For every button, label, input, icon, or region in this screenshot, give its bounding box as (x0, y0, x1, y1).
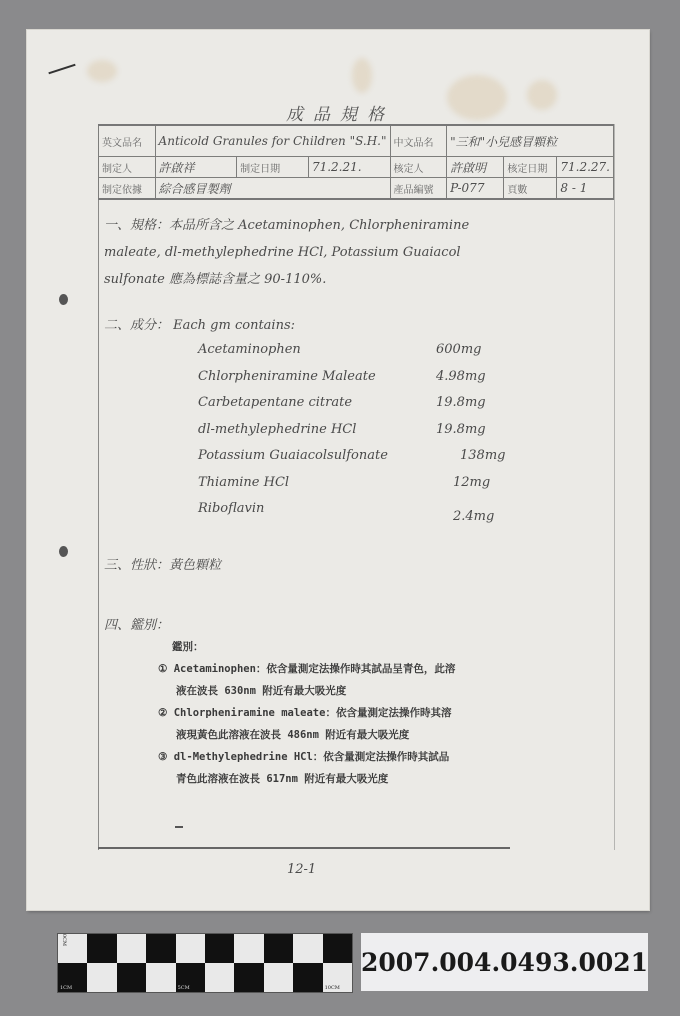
list-item: Chlorpheniramine Maleate4.98mg (198, 369, 518, 396)
scale-cell (146, 963, 175, 992)
table-row: 制定人 許啟祥 制定日期 71.2.21. 核定人 許啟明 核定日期 71.2.… (99, 157, 614, 178)
scale-cell (117, 963, 146, 992)
frame-bottom-line (98, 847, 510, 849)
scale-cell: 0CM (58, 934, 87, 963)
list-item: Potassium Guaiacolsulfonate138mg (198, 448, 518, 475)
label-chinese-name: 中文品名 (390, 125, 447, 157)
table-row: 英文品名 Anticold Granules for Children "S.H… (99, 125, 614, 157)
ingredient-amount: 19.8mg (436, 422, 486, 437)
stain (87, 60, 117, 82)
identification-item-line: 青色此溶液在波長 617nm 附近有最大吸光度 (158, 768, 598, 790)
list-item: Thiamine HCl12mg (198, 475, 518, 502)
ingredient-name: Carbetapentane citrate (198, 395, 352, 410)
scale-label-mid: 5CM (178, 985, 190, 991)
ingredient-amount: 138mg (460, 448, 505, 463)
scale-cell (205, 963, 234, 992)
accession-number: 2007.004.0493.0021 (361, 933, 648, 991)
ingredient-name: Riboflavin (198, 501, 264, 516)
scale-cell: 5CM (176, 963, 205, 992)
ingredient-name: Chlorpheniramine Maleate (198, 369, 376, 384)
label-drafter: 制定人 (99, 157, 156, 178)
draft-date: 71.2.21. (308, 157, 390, 178)
label-english-name: 英文品名 (99, 125, 156, 157)
approver: 許啟明 (447, 157, 504, 178)
label-page-count: 頁數 (504, 178, 557, 200)
identification-typed-text: 鑑別： ① Acetaminophen：依含量測定法操作時其試品呈青色，此溶 液… (158, 636, 598, 790)
scale-cell (146, 934, 175, 963)
scale-cell (264, 934, 293, 963)
spec-line: sulfonate 應為標誌含量之 90-110%. (104, 266, 614, 293)
section-composition: 二、成分： Each gm contains: (104, 312, 295, 339)
identification-item-line: ① Acetaminophen：依含量測定法操作時其試品呈青色，此溶 (158, 658, 598, 680)
section-heading: 一、規格： (104, 218, 169, 233)
scale-label-left: 1CM (60, 985, 72, 991)
scale-cell (87, 934, 116, 963)
approve-date: 71.2.27. (557, 157, 614, 178)
english-name: Anticold Granules for Children "S.H." (155, 125, 390, 157)
scale-cell (87, 963, 116, 992)
scale-cell (293, 934, 322, 963)
scale-cell (117, 934, 146, 963)
scale-cell (264, 963, 293, 992)
spec-line: maleate, dl-methylephedrine HCl, Potassi… (104, 239, 614, 266)
punch-hole (59, 294, 68, 305)
header-table: 英文品名 Anticold Granules for Children "S.H… (98, 124, 614, 200)
scale-cell (176, 934, 205, 963)
label-product-code: 產品編號 (390, 178, 447, 200)
page-count: 8 - 1 (557, 178, 614, 200)
ingredient-name: dl-methylephedrine HCl (198, 422, 356, 437)
page-number: 12-1 (287, 862, 316, 877)
scale-label-right: 10CM (325, 985, 340, 991)
scale-cell (323, 934, 352, 963)
drafter: 許啟祥 (155, 157, 237, 178)
page-title: 成品規格 (0, 100, 680, 125)
stain (352, 58, 372, 93)
scale-label-top: 0CM (61, 934, 67, 946)
section-identification-heading: 四、鑑別： (104, 612, 169, 639)
ingredient-amount: 12mg (453, 475, 490, 490)
section-specification: 一、規格：本品所含之 Acetaminophen, Chlorphenirami… (104, 212, 614, 293)
ingredient-name: Thiamine HCl (198, 475, 289, 490)
ingredient-amount: 2.4mg (453, 509, 494, 524)
section-heading: 二、成分： (104, 318, 169, 333)
ingredient-amount: 4.98mg (436, 369, 486, 384)
ingredient-amount: 19.8mg (436, 395, 486, 410)
identification-item-line: 液現黃色此溶液在波長 486nm 附近有最大吸光度 (158, 724, 598, 746)
color-scale-bar: 0CM 1CM 5CM 10CM (57, 933, 353, 993)
label-approver: 核定人 (390, 157, 447, 178)
scale-cell: 1CM (58, 963, 87, 992)
identification-item-line: ③ dl-Methylephedrine HCl：依含量測定法操作時其試品 (158, 746, 598, 768)
spec-line: 本品所含之 Acetaminophen, Chlorpheniramine (169, 218, 469, 233)
scale-cell (234, 934, 263, 963)
list-item: Riboflavin2.4mg (198, 501, 518, 528)
scale-cell: 10CM (323, 963, 352, 992)
punch-hole (59, 546, 68, 557)
dash-mark (175, 826, 183, 828)
label-basis: 制定依據 (99, 178, 156, 200)
identification-subheading: 鑑別： (158, 636, 598, 658)
identification-item-line: ② Chlorpheniramine maleate：依含量測定法操作時其溶 (158, 702, 598, 724)
section-appearance: 三、性狀：黃色顆粒 (104, 552, 221, 579)
composition-intro: Each gm contains: (173, 318, 295, 333)
scale-cell (234, 963, 263, 992)
scale-cell (205, 934, 234, 963)
scale-cell (293, 963, 322, 992)
section-line: 一、規格：本品所含之 Acetaminophen, Chlorphenirami… (104, 212, 614, 239)
list-item: Acetaminophen600mg (198, 342, 518, 369)
label-approve-date: 核定日期 (504, 157, 557, 178)
list-item: Carbetapentane citrate19.8mg (198, 395, 518, 422)
ingredient-amount: 600mg (436, 342, 481, 357)
list-item: dl-methylephedrine HCl19.8mg (198, 422, 518, 449)
label-draft-date: 制定日期 (237, 157, 309, 178)
product-code: P-077 (447, 178, 504, 200)
table-row: 制定依據 綜合感冒製劑 產品編號 P-077 頁數 8 - 1 (99, 178, 614, 200)
ingredient-name: Acetaminophen (198, 342, 301, 357)
identification-item-line: 液在波長 630nm 附近有最大吸光度 (158, 680, 598, 702)
ingredient-list: Acetaminophen600mg Chlorpheniramine Male… (198, 342, 518, 528)
ingredient-name: Potassium Guaiacolsulfonate (198, 448, 388, 463)
chinese-name: "三和"小兒感冒顆粒 (447, 125, 614, 157)
basis: 綜合感冒製劑 (155, 178, 390, 200)
